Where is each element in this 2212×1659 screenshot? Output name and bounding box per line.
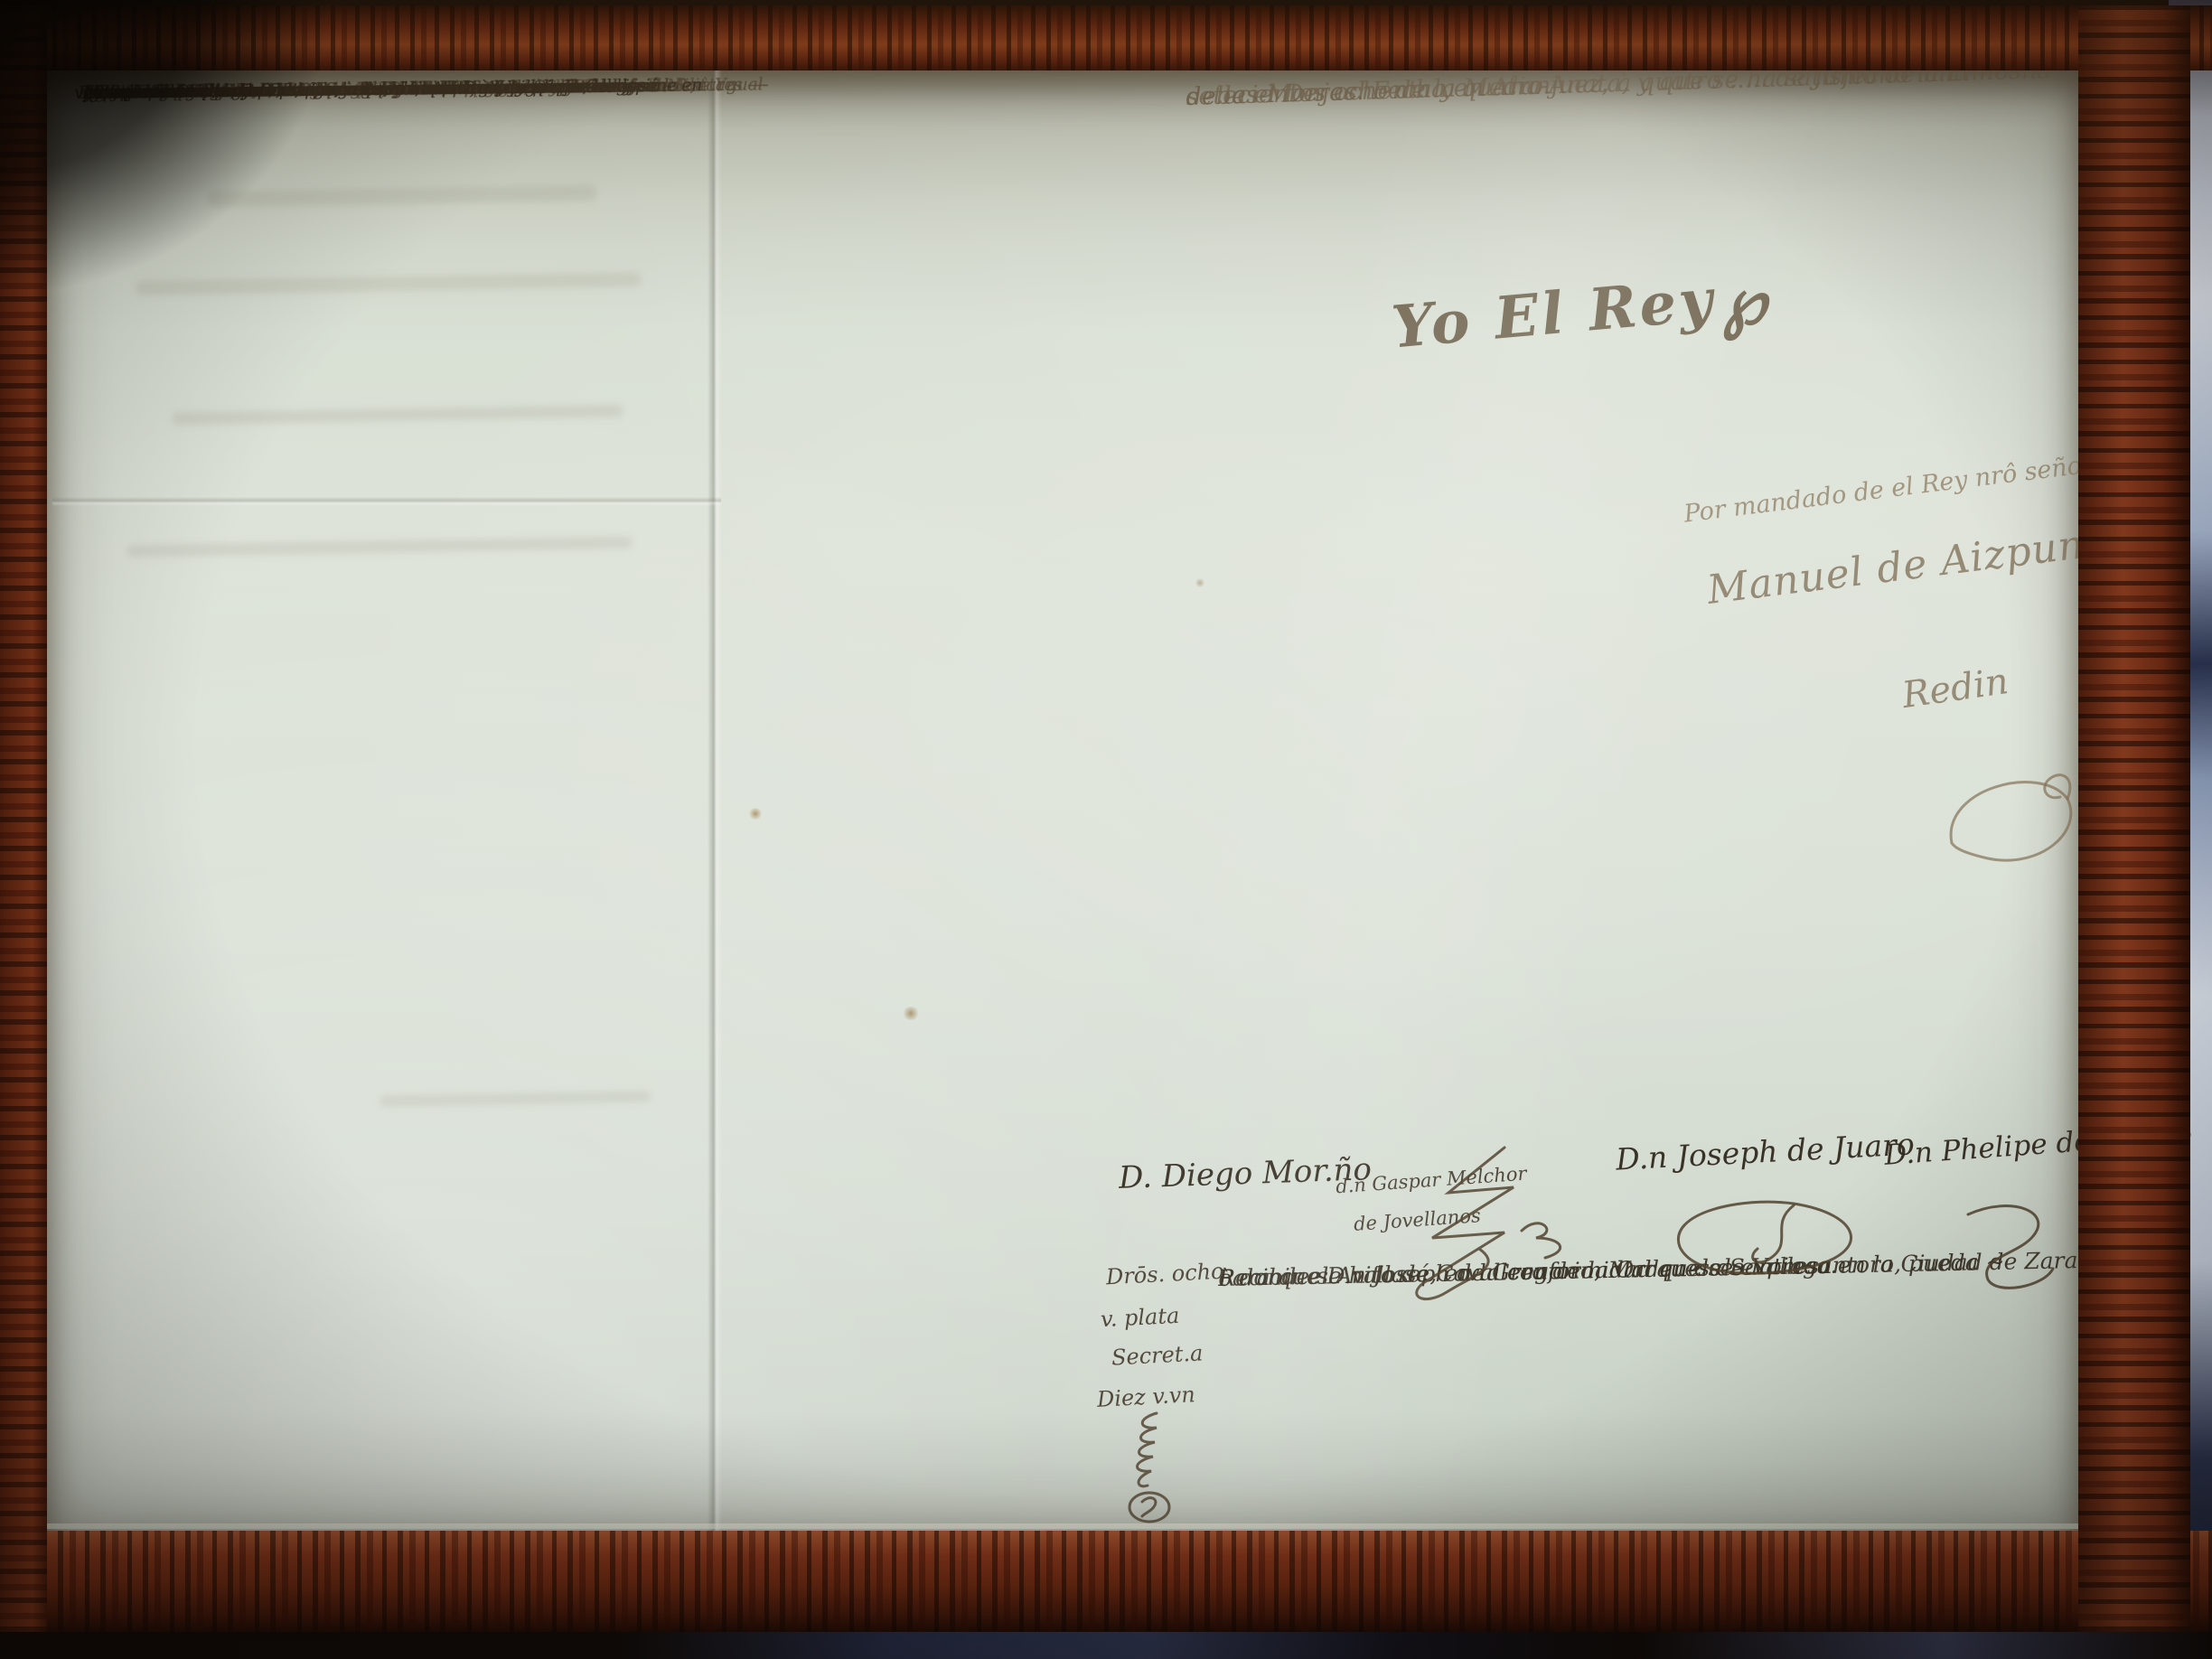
photo-of-framed-document: Alcantara, ò Montesa en la Ciudad de Zar… xyxy=(0,0,2212,1659)
picture-frame-right xyxy=(2078,5,2190,1632)
councilor-rubric-4 xyxy=(1943,1195,2078,1294)
paper-stain xyxy=(748,808,763,820)
councilor-signature-1: D. Diego Mor.ño xyxy=(1118,1154,1372,1194)
margin-note-fees: Drōs. ocho xyxy=(1105,1261,1224,1289)
paper-horizontal-crease xyxy=(52,497,721,506)
margin-note-silver: v. plata xyxy=(1100,1305,1179,1331)
glass-reflection-edge xyxy=(47,1523,2078,1529)
margin-note-ten: Diez v.vn xyxy=(1096,1383,1195,1411)
paper-center-fold xyxy=(708,70,722,1531)
paper-stain xyxy=(902,1007,920,1020)
margin-spiral-flourish xyxy=(1122,1410,1186,1527)
picture-frame-top xyxy=(0,5,2212,70)
councilor-rubric-3 xyxy=(1658,1191,1875,1290)
secretary-rubric-flourish xyxy=(1934,757,2078,884)
paper-stain xyxy=(1195,578,1205,587)
royal-signature-flourish: ℘ xyxy=(1718,267,1771,335)
picture-frame-left xyxy=(0,5,47,1632)
councilor-rubric-2 xyxy=(1514,1211,1587,1265)
picture-frame-bottom xyxy=(0,1531,2212,1632)
margin-note-secretary: Secret.a xyxy=(1111,1342,1203,1368)
